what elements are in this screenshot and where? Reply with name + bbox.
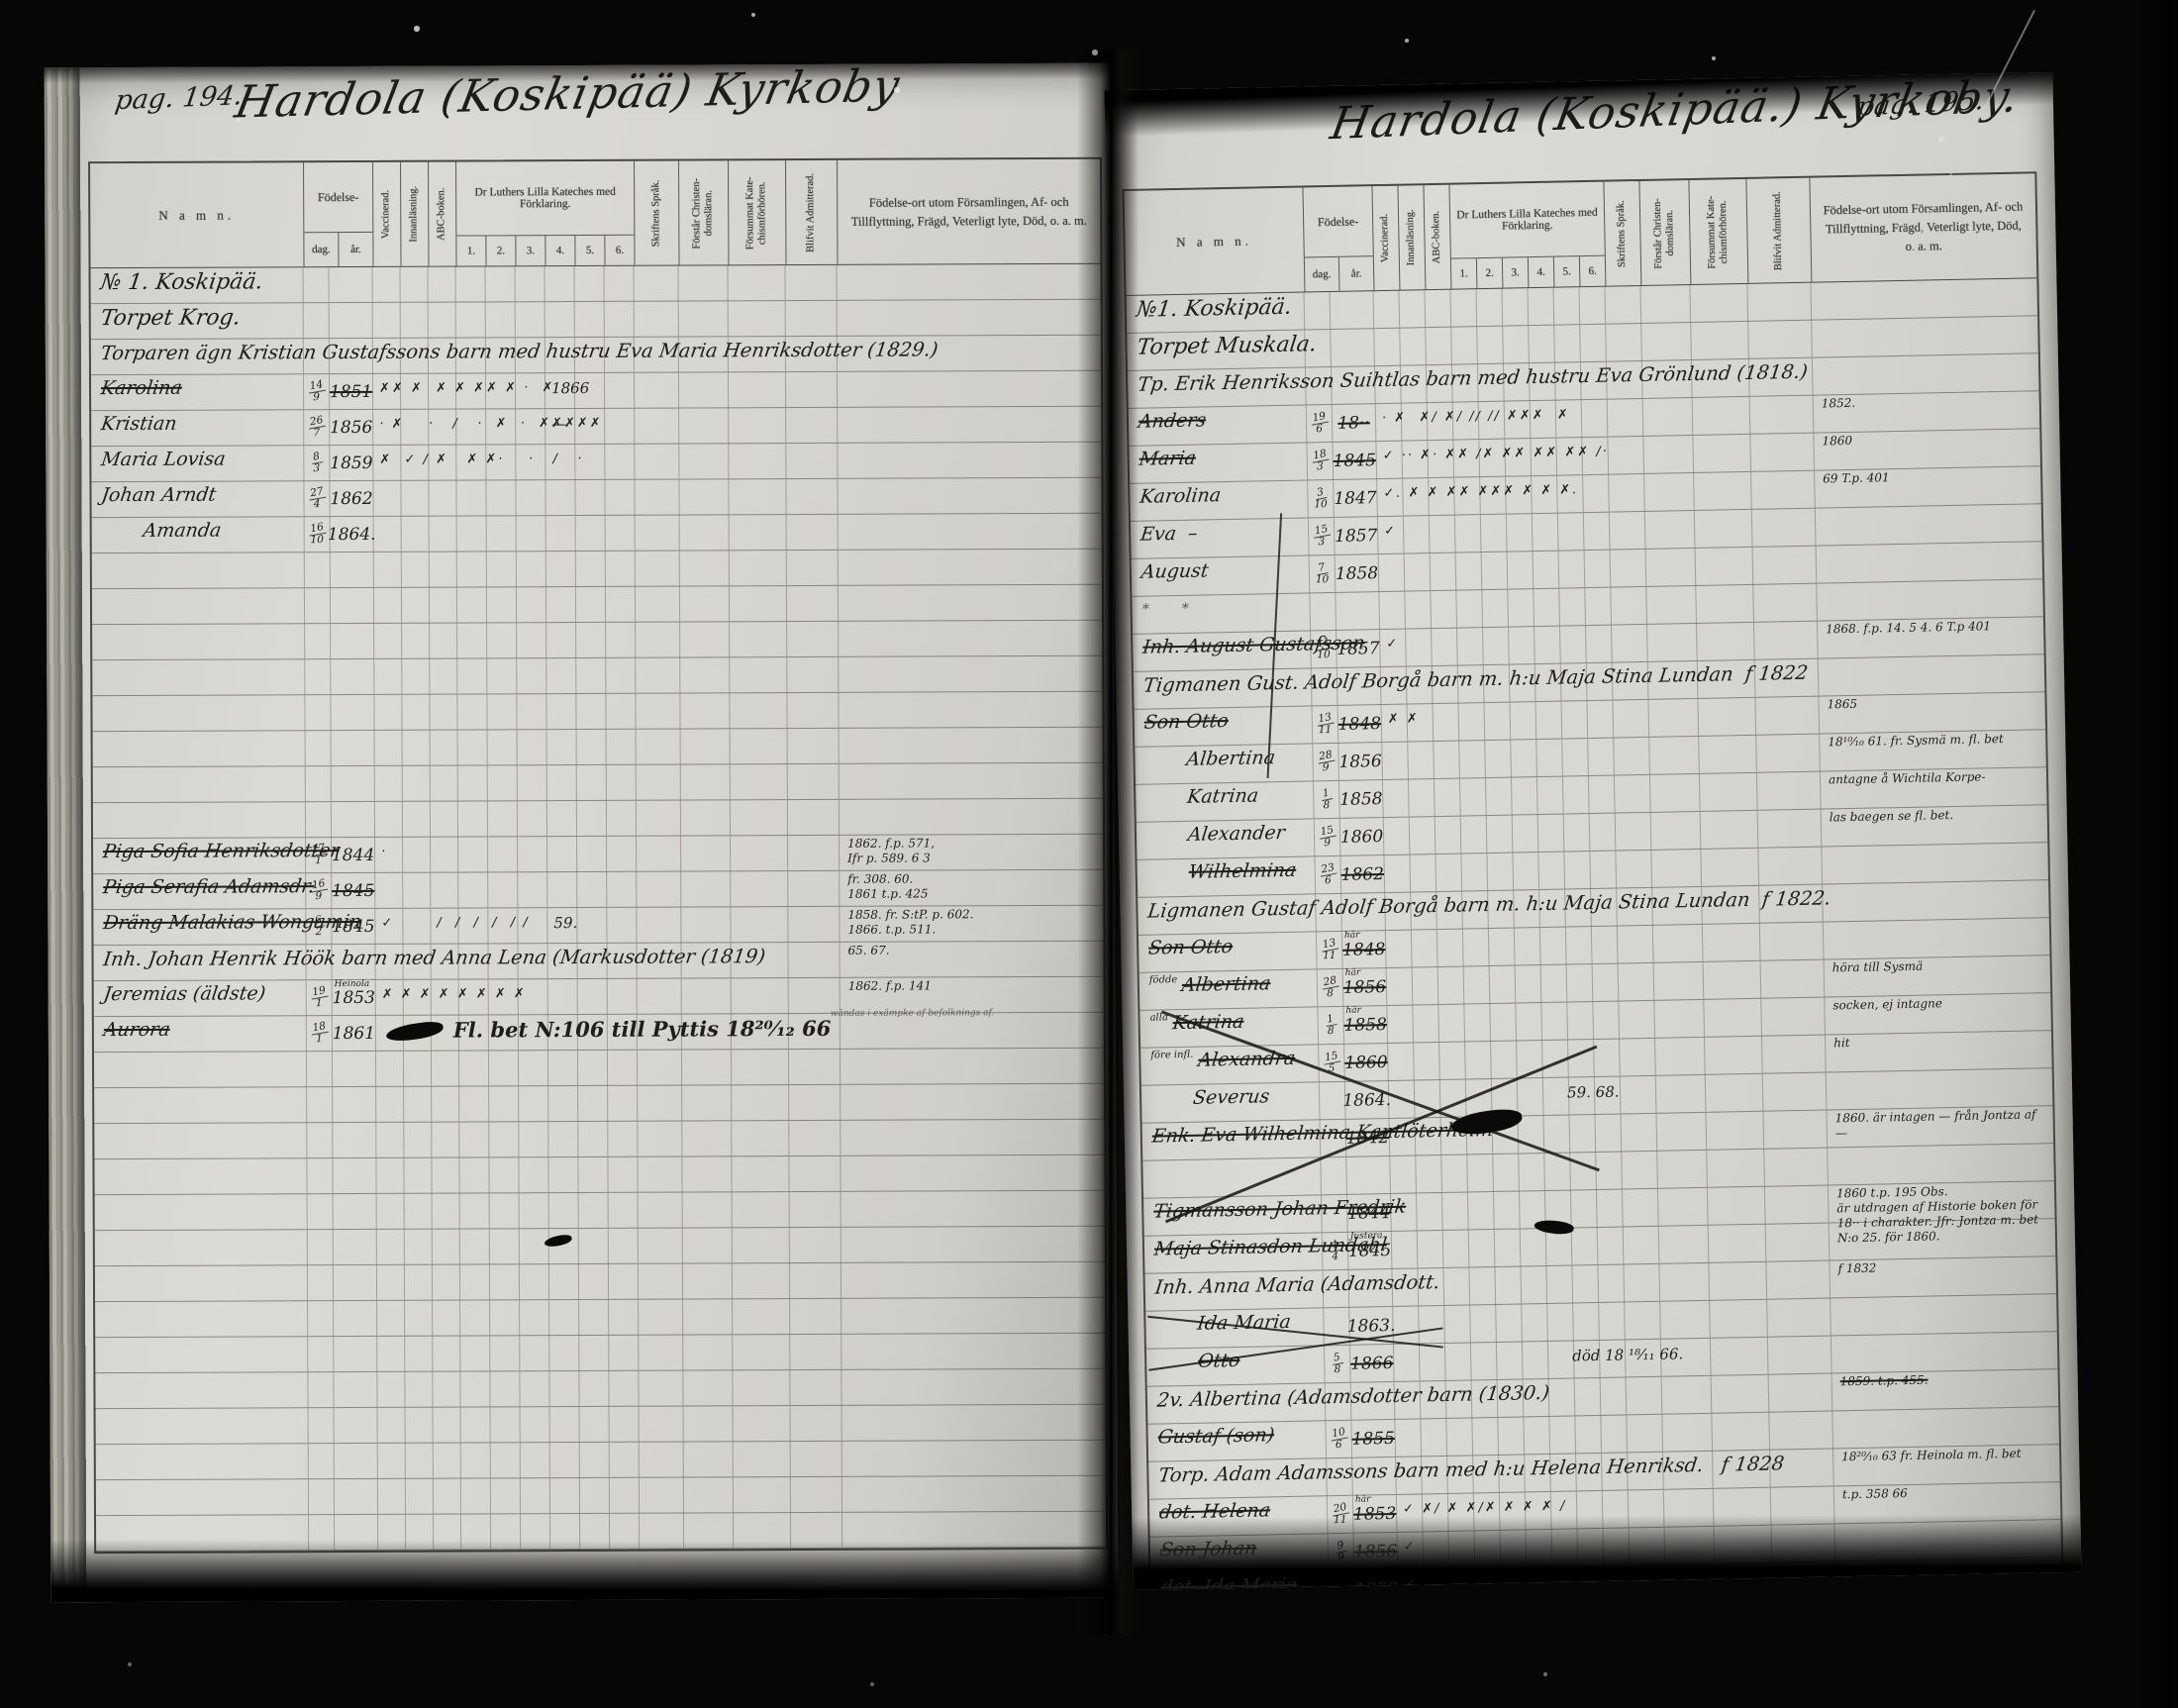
- innanlasning-cell: [402, 553, 430, 587]
- notes-cell: höra till Sysmä: [1825, 955, 2051, 996]
- forsummat-cell: [731, 907, 788, 942]
- forsummat-cell: [1709, 1225, 1767, 1262]
- column-header-innanlasning: Innanläsning.: [400, 162, 428, 266]
- katekes-cell-2: [1487, 816, 1514, 853]
- forstar-cell: [1662, 1376, 1713, 1414]
- katekes-cell-5: [1564, 852, 1591, 888]
- innanlasning-cell: [402, 695, 430, 730]
- page-title-left: Hardola (Koskipää) Kyrkoby: [231, 63, 904, 129]
- birth-year-cell: [331, 659, 374, 694]
- birth-day-cell: [1305, 292, 1332, 329]
- abc-boken-cell: [1426, 328, 1452, 364]
- katekes-cell-4: [549, 1371, 579, 1406]
- table-row: Kristian 267 1856: [91, 407, 1101, 447]
- notes-cell: [839, 514, 1102, 550]
- katekes-cell-1: [1470, 1305, 1497, 1342]
- forstar-cell: [1651, 850, 1702, 887]
- blifvit-admitterad-cell: [1753, 547, 1818, 584]
- katekes-cell-5: [1575, 1416, 1602, 1453]
- forstar-cell: [683, 1335, 733, 1369]
- katekes-cell-4: [547, 837, 577, 871]
- innanlasning-cell: [1408, 742, 1435, 778]
- table-row: [95, 1191, 1105, 1231]
- forsummat-cell: [730, 551, 787, 585]
- notes-cell: 1862. f.p. 571, Ifr p. 589. 6 3: [840, 835, 1103, 870]
- name-cell: * *: [1132, 593, 1311, 633]
- forstar-cell: [1658, 1188, 1709, 1226]
- vaccinerad-cell: [1395, 1419, 1422, 1456]
- katekes-cell-4: [1528, 288, 1554, 325]
- forsummat-cell: [731, 764, 788, 799]
- abc-boken-cell: [433, 1301, 460, 1336]
- innanlasning-cell: [1420, 1344, 1446, 1380]
- name-cell: Ida Maria: [1145, 1308, 1325, 1348]
- exam-marks: ✗ ✗ ✗ ✗ ✗ ✗ ✗ ✗: [382, 986, 527, 1002]
- katekes-cell-3: [1521, 1229, 1547, 1265]
- forsummat-cell: [1695, 510, 1753, 548]
- birth-year-cell: 1848: [1338, 705, 1383, 743]
- katekes-cell-2: [491, 1407, 521, 1442]
- notes-cell: [1823, 880, 2049, 921]
- exam-marks: ✗ ✗: [1388, 711, 1420, 727]
- innanlasning-cell: [401, 303, 429, 338]
- skriftens-sprak-cell: [637, 908, 681, 943]
- birth-year-cell: [1330, 291, 1374, 329]
- katekes-cell-3: [518, 837, 547, 871]
- birth-day-cell: [305, 695, 331, 730]
- forsummat-cell: [1712, 1413, 1770, 1451]
- abc-boken-cell: [432, 1123, 459, 1157]
- blifvit-admitterad-cell: [790, 1263, 841, 1298]
- skriftens-sprak-cell: [1625, 1302, 1661, 1340]
- katekes-cell-4: [546, 623, 576, 657]
- katekes-cell-2: [488, 872, 518, 907]
- birth-year-cell: 1845: [332, 873, 375, 908]
- katekes-cell-1: [458, 872, 488, 907]
- birth-day-cell: [305, 588, 331, 623]
- katekes-cell-1: [459, 1051, 489, 1085]
- skriftens-sprak-cell: [1623, 1189, 1659, 1227]
- katekes-cell-6: [605, 480, 635, 515]
- blifvit-admitterad-cell: [789, 1156, 841, 1191]
- katekes-cell-5: [575, 302, 605, 337]
- notes-cell: 1852.: [1814, 391, 2040, 432]
- katekes-cell-5: [580, 1514, 610, 1549]
- abc-boken-cell: [1439, 1043, 1466, 1079]
- forsummat-cell: [734, 1513, 791, 1548]
- vaccinerad-cell: [375, 766, 403, 801]
- katekes-cell-6: [607, 730, 637, 764]
- katekes-cell-6: [1579, 287, 1606, 324]
- katekes-cell-4: [1533, 514, 1559, 551]
- notes-cell: [840, 728, 1103, 763]
- vaccinerad-cell: [374, 588, 402, 623]
- table-row: [94, 1120, 1104, 1159]
- birth-year-cell: [332, 731, 375, 765]
- forstar-cell: [680, 622, 730, 656]
- notes-cell: [840, 763, 1103, 799]
- right-page: pag. 195. Hardola (Koskipää.) Kyrkoby. N…: [1105, 72, 2082, 1590]
- name-cell: [94, 1123, 307, 1158]
- katekes-cell-5: [1564, 814, 1591, 851]
- katekes-cell-1: [458, 765, 488, 800]
- name-cell: dot. Ida Maria: [1150, 1571, 1330, 1590]
- katekes-cell-5: [1554, 325, 1581, 361]
- forsummat-cell: [1707, 1150, 1765, 1187]
- exam-marks: ✓: [1384, 524, 1397, 539]
- skriftens-sprak-cell: [640, 1514, 684, 1549]
- notes-cell: [1831, 1332, 2058, 1372]
- katekes-cell-4: [1552, 1529, 1579, 1565]
- blifvit-admitterad-cell: [788, 943, 840, 977]
- birth-year-cell: 1864.: [331, 517, 374, 552]
- katekes-cell-2: [490, 1300, 520, 1335]
- katekes-cell-1: [457, 552, 487, 586]
- katekes-cell-6: [1604, 1565, 1631, 1590]
- abc-boken-cell: [430, 624, 457, 658]
- katekes-cell-5: [1578, 1529, 1605, 1565]
- birth-year-cell: [335, 1444, 378, 1478]
- table-header: N a m n. Födelse- dag.år. Vaccinerad. In…: [90, 159, 1100, 268]
- notes-cell: 1858. fr. S:tP. p. 602. 1866. t.p. 511.: [840, 906, 1103, 942]
- katekes-cell-3: [1503, 326, 1530, 362]
- notes-cell: [838, 407, 1101, 443]
- notes-cell: [1811, 278, 2037, 319]
- blifvit-admitterad-cell: [786, 408, 838, 443]
- name-cell: Enk. Eva Wilhelmina Kantlöterheim: [1142, 1120, 1322, 1159]
- table-row: Torparen ägn Kristian Gustafssons barn m…: [91, 336, 1101, 375]
- katekes-cell-6: [605, 266, 635, 301]
- innanlasning-cell: [403, 873, 431, 908]
- column-header-fodelse: Födelse- dag.år.: [1302, 186, 1373, 291]
- birth-day-cell: [304, 267, 330, 302]
- katekes-cell-1: [458, 801, 488, 836]
- column-header-forstar: Förstår Christen­domsläran.: [1638, 180, 1690, 285]
- blifvit-admitterad-cell: [788, 907, 840, 942]
- katekes-cell-6: [608, 1051, 638, 1085]
- forsummat-cell: [730, 622, 787, 656]
- vaccinerad-cell: [377, 1265, 405, 1300]
- birth-year-cell: [331, 553, 374, 587]
- exam-marks: ✓: [1386, 637, 1399, 652]
- blifvit-admitterad-cell: [791, 1406, 842, 1441]
- katekes-cell-4: [1548, 1341, 1575, 1377]
- name-cell: [95, 1265, 308, 1301]
- exam-marks: ✓ ✗∕ ✗ ✗∕✗ ✗ ✗ ✗ ∕: [1403, 1499, 1566, 1517]
- katekes-cell-2: [488, 801, 518, 836]
- name-cell: Katrina: [1136, 781, 1315, 821]
- katekes-cell-3: [521, 1478, 550, 1513]
- table-row: [92, 585, 1102, 625]
- katekes-cell-4: [1541, 1003, 1568, 1040]
- table-row: Torpet Krog.: [91, 300, 1101, 340]
- katekes-cell-6: [1594, 1040, 1621, 1076]
- katekes-cell-4: [547, 765, 577, 800]
- katekes-cell-2: [486, 266, 516, 301]
- exam-marks: · ✗ · ∕ · ✗ · ✗✗✗✗✗: [379, 416, 602, 432]
- forsummat-cell: [1709, 1262, 1767, 1300]
- book-gutter: [1077, 50, 1138, 1634]
- katekes-cell-2: [1489, 929, 1516, 965]
- blifvit-admitterad-cell: [789, 1085, 841, 1120]
- exam-marks: ✗ ✓ ∕ ✗ ✗ ✗· · ∕ ·: [379, 452, 583, 467]
- vaccinerad-cell: [374, 659, 402, 694]
- innanlasning-cell: [406, 1408, 434, 1443]
- exam-marks: ✓: [1404, 1577, 1417, 1591]
- innanlasning-cell: [1400, 328, 1427, 364]
- vaccinerad-cell: [378, 1408, 406, 1443]
- katekes-cell-1: [1456, 590, 1483, 627]
- blifvit-admitterad-cell: [788, 871, 840, 906]
- book-scan: pag. 194. Hardola (Koskipää) Kyrkoby N a…: [0, 0, 2178, 1708]
- katekes-cell-5: [1567, 964, 1594, 1001]
- abc-boken-cell: [1430, 516, 1456, 553]
- forstar-cell: [1646, 549, 1697, 586]
- table-row: [95, 1334, 1105, 1373]
- abc-boken-cell: [1441, 1155, 1468, 1191]
- column-header-vaccinerad: Vaccinerad.: [372, 162, 400, 266]
- abc-boken-cell: [1435, 817, 1462, 854]
- skriftens-sprak-cell: [1611, 550, 1647, 587]
- katekes-cell-4: [1537, 777, 1564, 814]
- skriftens-sprak-cell: [1621, 1076, 1657, 1114]
- katekes-cell-4: [1529, 326, 1555, 362]
- skriftens-sprak-cell: [638, 1122, 682, 1156]
- abc-boken-cell: [434, 1444, 461, 1478]
- column-header-namn: N a m n.: [1125, 188, 1305, 295]
- vaccinerad-cell: [376, 1087, 404, 1122]
- blifvit-admitterad-cell: [1758, 810, 1823, 848]
- name-cell: Anders: [1129, 405, 1308, 445]
- katekes-cell-3: [520, 1264, 549, 1299]
- katekes-cell-4: [1549, 1378, 1576, 1415]
- exam-marks: ✗✗ ✗ ✗ ✗ ✗✗ ✗ · ✗: [379, 380, 554, 396]
- name-cell: [93, 731, 306, 766]
- katekes-cell-5: [578, 1051, 608, 1085]
- book-spine: [45, 67, 87, 1602]
- blifvit-admitterad-cell: [1762, 1036, 1827, 1073]
- skriftens-sprak-cell: [640, 1407, 684, 1442]
- katekes-cell-1: [1455, 515, 1482, 552]
- birth-day-cell: 58: [1325, 1346, 1351, 1382]
- forstar-cell: [679, 372, 729, 407]
- blifvit-admitterad-cell: [787, 622, 839, 656]
- blifvit-admitterad-cell: [787, 693, 839, 728]
- forstar-cell: [682, 1156, 732, 1191]
- katekes-cell-4: [549, 1300, 579, 1335]
- katekes-cell-3: [1516, 965, 1542, 1002]
- katekes-cell-2: [488, 730, 518, 764]
- birth-year-cell: [1331, 329, 1375, 366]
- birth-day-cell: 274: [304, 481, 330, 516]
- vaccinerad-cell: [375, 873, 403, 908]
- column-header-abc-boken: ABC-boken.: [1423, 185, 1450, 289]
- katekes-cell-2: [1482, 590, 1509, 627]
- name-cell: [95, 1337, 308, 1372]
- blifvit-admitterad-cell: [788, 729, 840, 763]
- forstar-cell: [681, 800, 731, 835]
- forsummat-cell: [1697, 623, 1755, 660]
- innanlasning-cell: [401, 267, 429, 302]
- abc-boken-cell: [1449, 1568, 1476, 1590]
- skriftens-sprak-cell: [1609, 474, 1645, 512]
- notes-cell: 65. 67.: [840, 942, 1103, 977]
- katekes-cell-3: [1527, 1567, 1553, 1590]
- blifvit-admitterad-cell: [1766, 1260, 1831, 1298]
- forsummat-cell: [732, 978, 789, 1013]
- blifvit-admitterad-cell: [1755, 697, 1820, 735]
- skriftens-sprak-cell: [635, 373, 679, 408]
- name-cell: [93, 802, 306, 838]
- forstar-cell: [1654, 1000, 1705, 1038]
- birth-year-cell: [331, 695, 374, 730]
- name-cell: [96, 1408, 309, 1444]
- katekes-cell-5: [575, 266, 605, 301]
- abc-boken-cell: [1438, 967, 1465, 1004]
- katekes-cell-4: [1534, 627, 1561, 663]
- birth-day-cell: 99: [1329, 1534, 1355, 1570]
- birth-day-cell: [306, 731, 332, 765]
- katekes-cell-4: [546, 552, 576, 586]
- name-cell: Torparen ägn Kristian Gustafssons barn m…: [91, 339, 304, 374]
- forstar-cell: [683, 1192, 733, 1227]
- forsummat-cell: [729, 301, 786, 336]
- blifvit-admitterad-cell: [1752, 509, 1817, 547]
- innanlasning-cell: [1419, 1306, 1445, 1343]
- katekes-cell-1: [1450, 289, 1477, 326]
- katekes-cell-2: [491, 1478, 521, 1513]
- abc-boken-cell: [430, 695, 457, 730]
- katekes-cell-6: [608, 979, 638, 1014]
- birth-year-cell: [330, 303, 373, 338]
- katekes-cell-6: [606, 587, 636, 622]
- name-cell: Gustaf (son): [1147, 1421, 1327, 1460]
- forstar-cell: [1654, 962, 1705, 1000]
- forsummat-cell: [1711, 1338, 1769, 1375]
- vaccinerad-cell: [1387, 1006, 1414, 1043]
- birth-year-cell: [331, 588, 374, 623]
- table-row: [95, 1227, 1105, 1266]
- forsummat-cell: [731, 800, 788, 835]
- katekes-cell-6: [606, 623, 636, 657]
- birth-day-cell: [307, 1052, 333, 1086]
- katekes-cell-6: [605, 445, 635, 479]
- forsummat-cell: [733, 1228, 790, 1262]
- name-cell: August: [1132, 555, 1311, 595]
- skriftens-sprak-cell: [639, 1336, 683, 1370]
- birth-day-cell: [306, 802, 332, 837]
- skriftens-sprak-cell: [1606, 324, 1642, 361]
- name-cell: föddeAlbertina: [1139, 969, 1319, 1009]
- katekes-cell-4: [1543, 1078, 1570, 1115]
- forsummat-cell: [733, 1299, 790, 1334]
- skriftens-sprak-cell: [638, 1157, 682, 1192]
- katekes-cell-2: [1497, 1342, 1524, 1378]
- notes-cell: [1832, 1407, 2059, 1448]
- katekes-cell-4: [546, 587, 576, 622]
- katekes-cell-6: [1589, 776, 1616, 813]
- katekes-cell-6: [1596, 1115, 1623, 1152]
- abc-boken-cell: [432, 1158, 459, 1193]
- name-cell: Ligmanen Gustaf Adolf Borgå barn m. h:u …: [1138, 894, 1317, 934]
- vaccinerad-cell: [1390, 1155, 1417, 1192]
- forsummat-cell: [734, 1406, 791, 1441]
- vaccinerad-cell: [376, 1158, 404, 1193]
- blifvit-admitterad-cell: [787, 657, 839, 692]
- column-header-katekes: Dr Luthers Lilla Kate­ches med Förklarin…: [1448, 182, 1605, 289]
- birth-day-cell: [308, 1265, 334, 1300]
- katekes-cell-4: [548, 979, 578, 1014]
- forsummat-cell: [730, 693, 787, 728]
- skriftens-sprak-cell: [1621, 1114, 1657, 1152]
- birth-year-cell: 1866: [1350, 1345, 1395, 1382]
- vaccinerad-cell: [378, 1515, 406, 1550]
- katekes-cell-2: [487, 516, 517, 551]
- forsummat-cell: [1715, 1563, 1773, 1590]
- forsummat-cell: [1693, 435, 1751, 472]
- katekes-cell-2: [1501, 1530, 1528, 1566]
- birth-day-cell: 288: [1318, 969, 1344, 1006]
- innanlasning-cell: [1414, 1043, 1440, 1079]
- katekes-cell-5: [576, 516, 606, 551]
- forstar-cell: [684, 1406, 734, 1441]
- birth-day-cell: 83: [304, 446, 330, 480]
- name-cell: Albertina: [1135, 744, 1314, 783]
- blifvit-admitterad-cell: [1747, 283, 1812, 321]
- skriftens-sprak-cell: [1608, 399, 1644, 437]
- forstar-cell: [684, 1477, 734, 1512]
- notes-cell: hit: [1826, 1031, 2052, 1071]
- abc-boken-cell: [1442, 1192, 1469, 1229]
- katekes-cell-6: [609, 1336, 639, 1370]
- forsummat-cell: [1701, 811, 1759, 849]
- abc-boken-cell: [429, 303, 456, 338]
- birth-day-cell: 183: [1307, 443, 1334, 479]
- exam-marks: ·: [381, 845, 387, 859]
- katekes-cell-2: [491, 1514, 521, 1549]
- katekes-cell-3: [1502, 288, 1529, 325]
- forsummat-cell: [732, 1085, 789, 1120]
- katekes-cell-6: [609, 1371, 639, 1406]
- katekes-cell-5: [578, 1157, 608, 1192]
- katekes-cell-1: [457, 587, 487, 622]
- abc-boken-cell: [429, 267, 456, 302]
- katekes-cell-1: [460, 1336, 490, 1370]
- forstar-cell: [681, 764, 731, 799]
- forstar-cell: [1657, 1151, 1708, 1188]
- forstar-cell: [1664, 1489, 1715, 1527]
- innanlasning-cell: [402, 517, 430, 552]
- notes-cell: 1860: [1814, 429, 2040, 469]
- forsummat-cell: [1704, 999, 1762, 1037]
- table-row: [94, 1084, 1104, 1124]
- forstar-cell: [683, 1370, 733, 1405]
- notes-cell: [840, 799, 1103, 835]
- innanlasning-cell: [405, 1301, 433, 1336]
- forsummat-cell: [733, 1370, 790, 1405]
- birth-year-cell: här1853: [1353, 1495, 1398, 1533]
- birth-year-cell: Heinola1853: [333, 980, 376, 1015]
- vaccinerad-cell: [378, 1479, 406, 1514]
- notes-cell: 18¹⁰⁄₁₀ 61. fr. Sysmä m. fl. bet: [1820, 730, 2046, 770]
- left-page: pag. 194. Hardola (Koskipää) Kyrkoby N a…: [45, 63, 1119, 1603]
- katekes-cell-3: [521, 1407, 550, 1442]
- table-row: [96, 1476, 1106, 1516]
- skriftens-sprak-cell: [636, 658, 680, 693]
- katekes-cell-2: [1482, 553, 1509, 589]
- table-row: [92, 550, 1102, 589]
- blifvit-admitterad-cell: [790, 1370, 841, 1405]
